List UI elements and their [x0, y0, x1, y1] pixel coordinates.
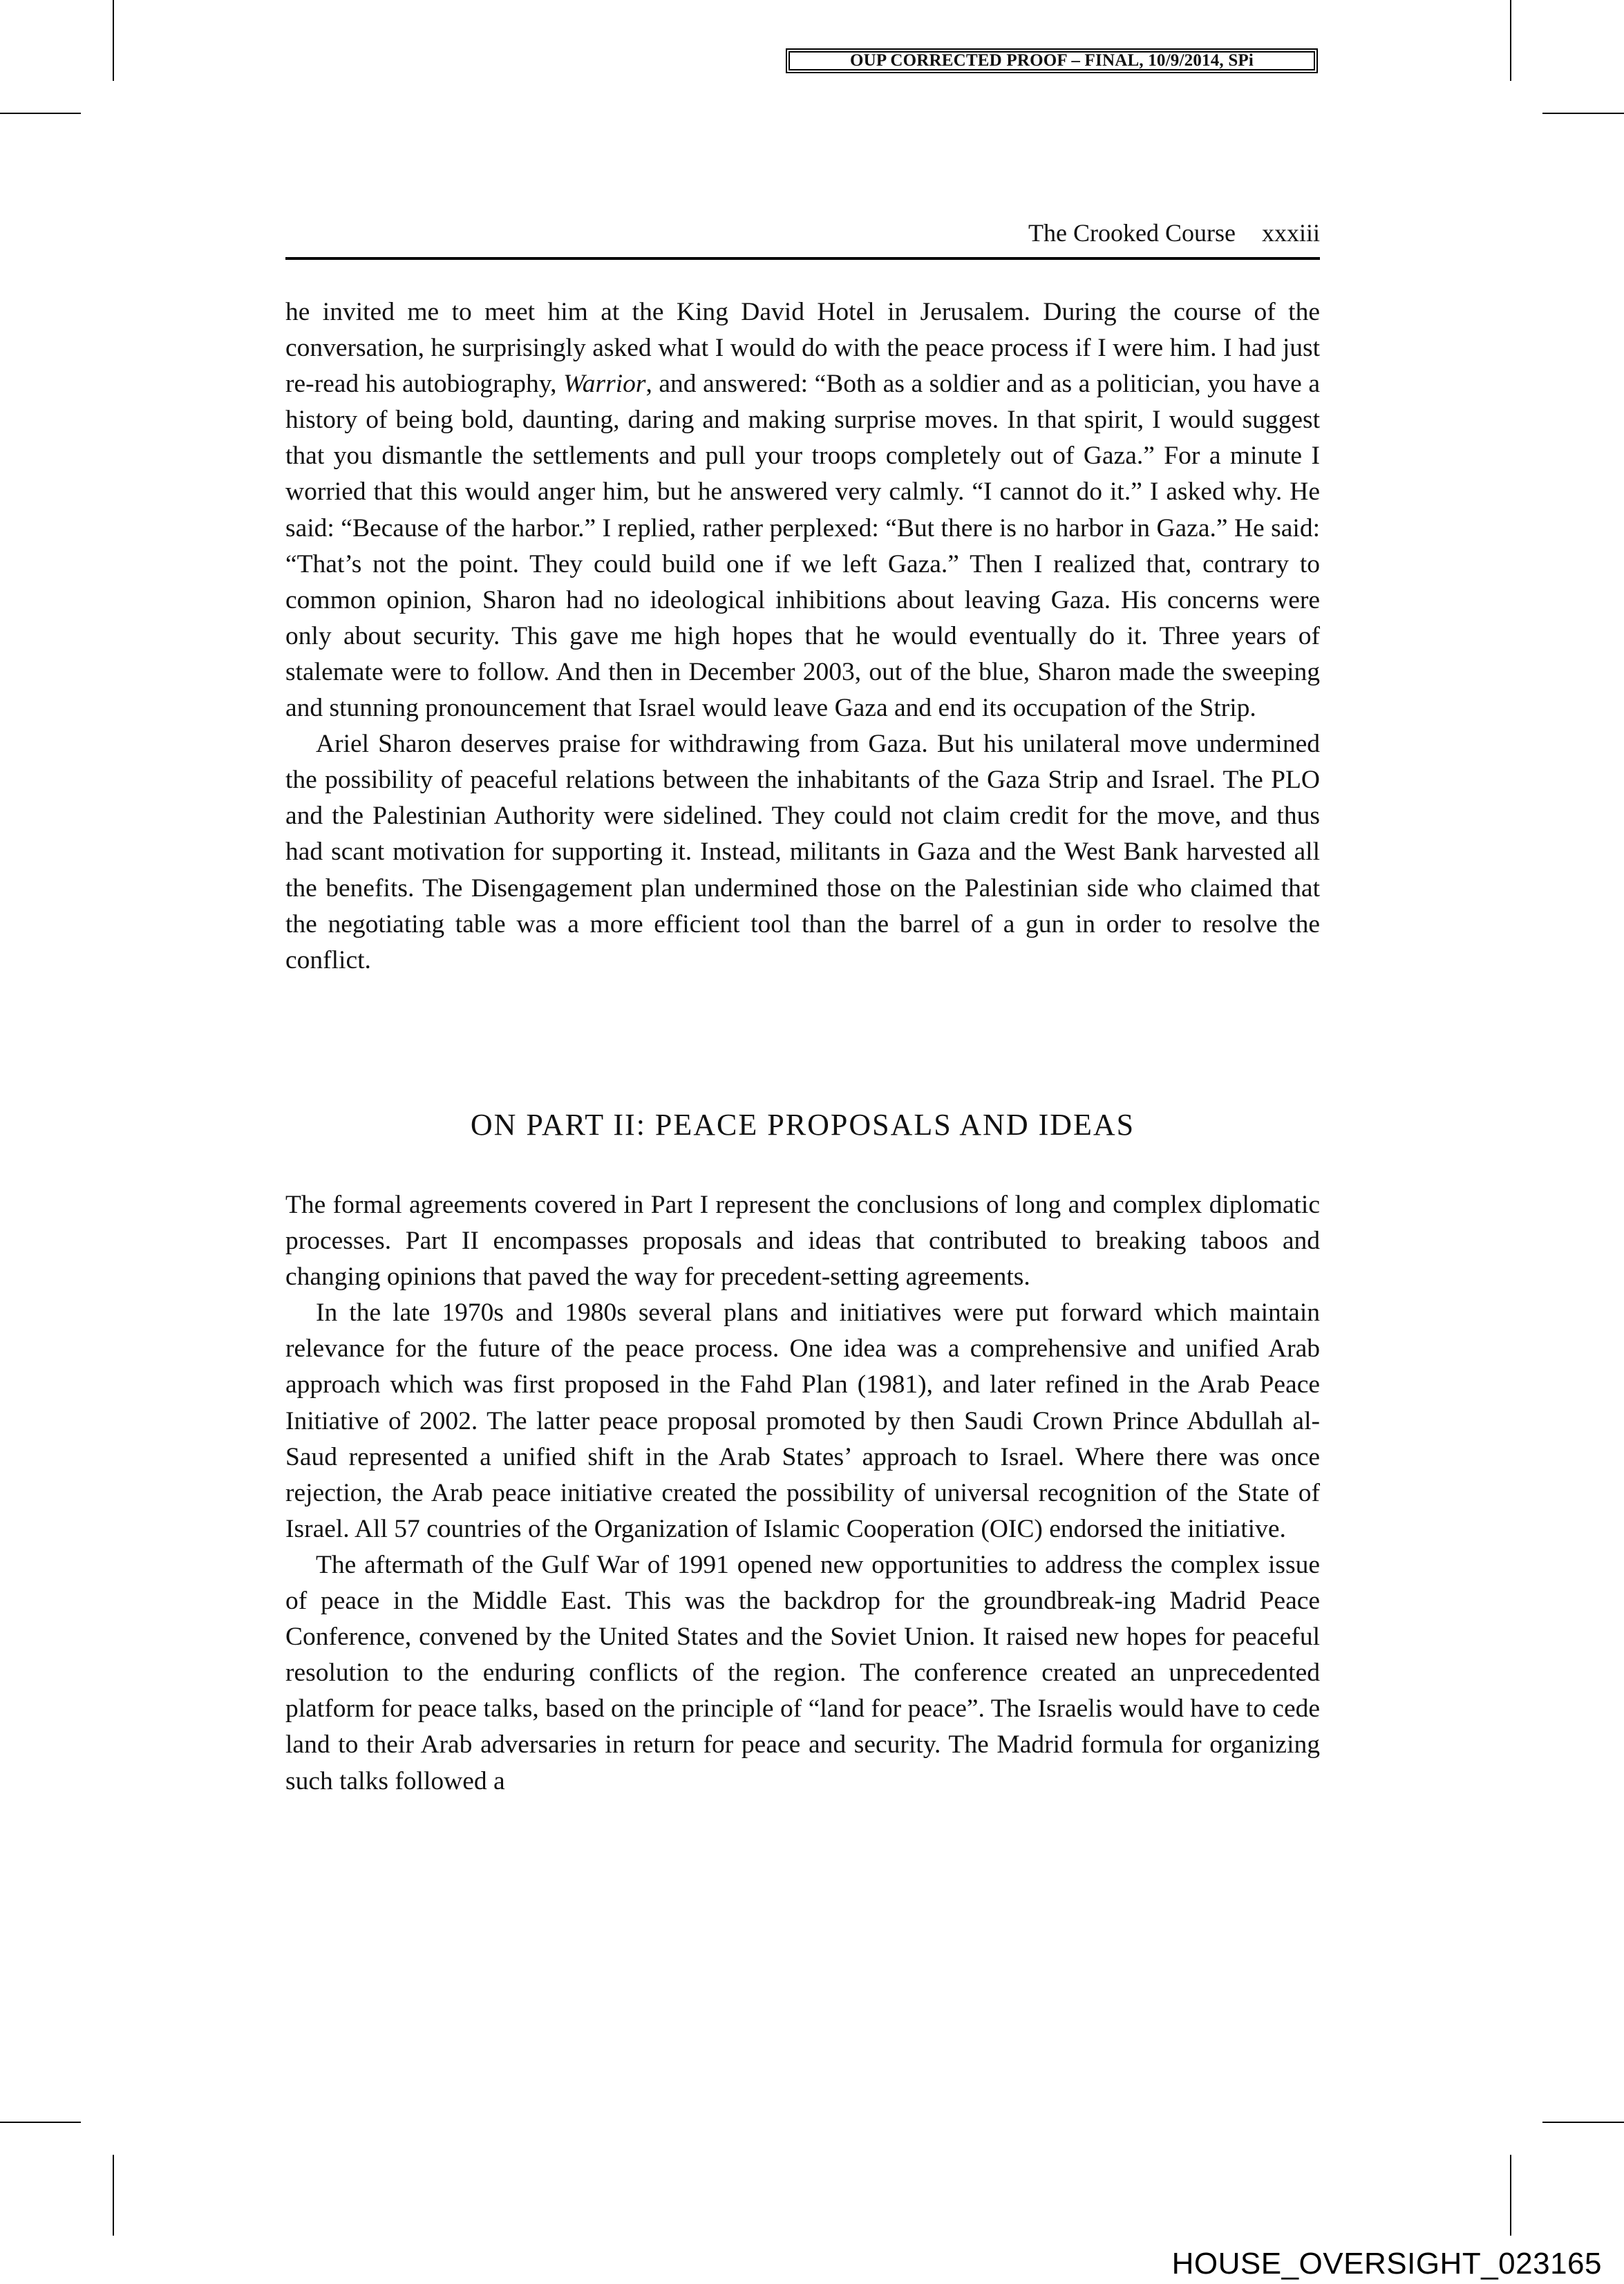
crop-mark-top-right-vertical [1510, 0, 1511, 81]
running-head-title: The Crooked Course [1028, 218, 1236, 247]
paragraph: The formal agreements covered in Part I … [285, 1187, 1320, 1295]
proof-stamp: OUP CORRECTED PROOF – FINAL, 10/9/2014, … [786, 48, 1318, 73]
paragraph: he invited me to meet him at the King Da… [285, 294, 1320, 726]
body-text-top: he invited me to meet him at the King Da… [285, 294, 1320, 979]
crop-mark-bottom-right-horizontal [1542, 2122, 1624, 2123]
proof-stamp-text: OUP CORRECTED PROOF – FINAL, 10/9/2014, … [789, 51, 1315, 70]
header-rule [285, 257, 1320, 260]
crop-mark-top-right-horizontal [1542, 113, 1624, 114]
section-heading: ON PART II: PEACE PROPOSALS AND IDEAS [285, 1107, 1320, 1142]
crop-mark-top-left-horizontal [0, 113, 81, 114]
running-head: The Crooked Course xxxiii [285, 218, 1320, 252]
paragraph: Ariel Sharon deserves praise for withdra… [285, 726, 1320, 979]
crop-mark-bottom-left-vertical [113, 2155, 114, 2236]
crop-mark-bottom-right-vertical [1510, 2155, 1511, 2236]
body-text-bottom: The formal agreements covered in Part I … [285, 1187, 1320, 1800]
paragraph: In the late 1970s and 1980s several plan… [285, 1295, 1320, 1547]
page-number: xxxiii [1262, 218, 1320, 247]
book-title-warrior: Warrior [563, 370, 646, 398]
crop-mark-bottom-left-horizontal [0, 2122, 81, 2123]
paragraph-text: , and answered: “Both as a soldier and a… [285, 370, 1320, 722]
bates-number: HOUSE_OVERSIGHT_023165 [1172, 2247, 1602, 2281]
paragraph: The aftermath of the Gulf War of 1991 op… [285, 1547, 1320, 1800]
crop-mark-top-left-vertical [113, 0, 114, 81]
